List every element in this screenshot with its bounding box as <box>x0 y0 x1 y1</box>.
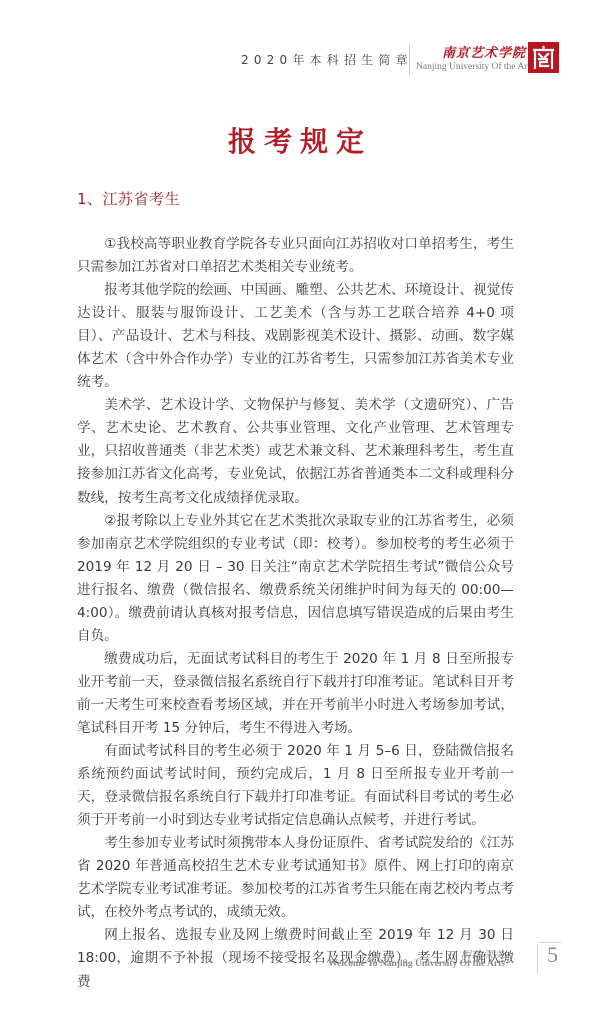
paragraph: ①我校高等职业教育学院各专业只面向江苏招收对口单招考生，考生只需参加江苏省对口单… <box>77 233 514 279</box>
paragraph: ②报考除以上专业外其它在艺术类批次录取专业的江苏省考生，必须参加南京艺术学院组织… <box>77 510 514 648</box>
paragraph: 缴费成功后，无面试考试科目的考生于 2020 年 1 月 8 日至所报专业开考前… <box>77 648 514 740</box>
body-text: ①我校高等职业教育学院各专业只面向江苏招收对口单招考生，考生只需参加江苏省对口单… <box>77 233 514 994</box>
footer-motto-en: Welcome To Nanjing University Of the Art… <box>328 959 505 969</box>
header-divider <box>409 43 410 75</box>
page-header: 2020年本科招生简章 南京艺术学院 Nanjing University Of… <box>0 40 600 80</box>
page-footer: 闳约深美 Welcome To Nanjing University Of th… <box>0 940 600 980</box>
section-title: 1、江苏省考生 <box>77 188 180 209</box>
paragraph: 有面试考试科目的考生必须于 2020 年 1 月 5–6 日，登陆微信报名系统预… <box>77 740 514 832</box>
paragraph: 报考其他学院的绘画、中国画、雕塑、公共艺术、环境设计、视觉传达设计、服装与服饰设… <box>77 279 514 394</box>
brochure-title: 2020年本科招生简章 <box>241 51 413 68</box>
university-name-en: Nanjing University Of the Arts <box>416 62 534 72</box>
paragraph: 美术学、艺术设计学、文物保护与修复、美术学（文遗研究）、广告学、艺术史论、艺术教… <box>77 394 514 509</box>
university-name-cn: 南京艺术学院 <box>442 42 526 61</box>
seal-glyph-icon <box>531 45 556 70</box>
nua-seal-icon <box>528 42 559 73</box>
footer-divider <box>537 944 538 974</box>
page-number: 5 <box>547 942 558 968</box>
page-title: 报考规定 <box>0 120 600 160</box>
paragraph: 考生参加专业考试时须携带本人身份证原件、省考试院发给的《江苏省 2020 年普通… <box>77 832 514 924</box>
